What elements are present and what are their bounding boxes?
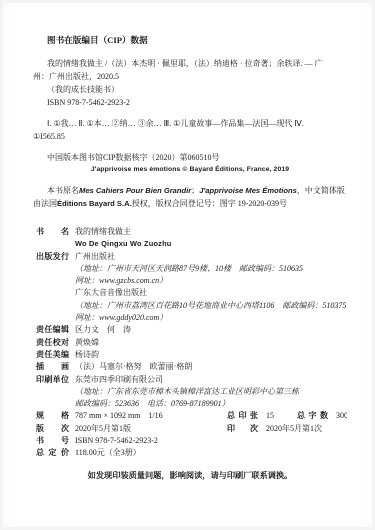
book-title-cn: 我的情绪我做主 bbox=[75, 226, 347, 238]
cip-description-line1: 我的情绪我做主 /（法）本杰明 · 佩里耶，（法）纳迪格 · 拉奇著；余轶译. … bbox=[33, 57, 347, 70]
total-sheets-value: 15 bbox=[266, 410, 297, 422]
printing-value: 2020年5月第1次 bbox=[266, 423, 322, 435]
cip-header: 图书在版编目（CIP）数据 bbox=[33, 34, 347, 47]
license-line1: 本书原名Mes Cahiers Pour Bien Grandir；J'appr… bbox=[33, 184, 347, 197]
editor-label: 责任编辑 bbox=[36, 324, 69, 336]
row-illustrator: 插 画 （法）马塞尔·格努 欧蕾丽·格朗 bbox=[33, 361, 347, 373]
row-art-editor: 责任美编 杨诗韵 bbox=[33, 349, 347, 361]
total-words-label: 总 字 数 bbox=[297, 410, 328, 422]
row-printer: 印刷单位 东莞市四季印刷有限公司 （地址：广东省东莞市樟木头镇樟洋富达工业区明彩… bbox=[33, 374, 347, 411]
edition-value: 2020年5月第1版 bbox=[75, 423, 227, 435]
illustrator-names: （法）马塞尔·格努 欧蕾丽·格朗 bbox=[75, 361, 347, 373]
classification-line2: ①I565.85 bbox=[33, 130, 347, 143]
printer-contact: 邮政编码：523636 电话：0769-87189901） bbox=[75, 398, 347, 410]
row-book-title: 书 名 我的情绪我做主 Wo De Qingxu Wo Zuozhu bbox=[33, 226, 347, 251]
printer-label: 印刷单位 bbox=[36, 374, 69, 411]
license-line2: 由法国Éditions Bayard S.A.授权，版权合同登记号：图字 19-… bbox=[33, 197, 347, 210]
isbn-line: ISBN 978-7-5462-2923-2 bbox=[33, 96, 347, 109]
row-edition: 版 次 2020年5月第1版 印 次 2020年5月第1次 bbox=[33, 423, 347, 435]
publisher-address-1: （地址：广州市天河区天润路87号9楼、10楼 邮政编码：510635 bbox=[75, 263, 347, 275]
printer-name: 东莞市四季印刷有限公司 bbox=[75, 374, 347, 386]
license-prefix: 本书原名 bbox=[47, 186, 79, 195]
illustrator-label: 插 画 bbox=[36, 361, 69, 373]
license-line2-suffix: 授权，版权合同登记号：图字 19-2020-039号 bbox=[132, 199, 287, 208]
publisher-label: 出版发行 bbox=[36, 251, 69, 325]
cip-description-line2: 州：广州出版社，2020.5 bbox=[33, 70, 347, 83]
quality-notice: 如发现印装质量问题，影响阅读，请与印刷厂联系调换。 bbox=[33, 469, 347, 482]
row-proofreader: 责任校对 黄焕嫦 bbox=[33, 337, 347, 349]
proofreader-label: 责任校对 bbox=[36, 337, 69, 349]
cip-data-block: 图书在版编目（CIP）数据 我的情绪我做主 /（法）本杰明 · 佩里耶，（法）纳… bbox=[33, 34, 347, 210]
printer-address: （地址：广东省东莞市樟木头镇樟洋富达工业区明彩中心第三栋 bbox=[75, 386, 347, 398]
row-format: 规 格 787 mm × 1092 mm 1/16 总 印 张 15 总 字 数… bbox=[33, 410, 347, 422]
license-line2-prefix: 由法国 bbox=[33, 199, 57, 208]
total-sheets-label: 总 印 张 bbox=[227, 410, 258, 422]
book-copyright-page: 图书在版编目（CIP）数据 我的情绪我做主 /（法）本杰明 · 佩里耶，（法）纳… bbox=[0, 0, 375, 530]
format-label: 规 格 bbox=[36, 410, 69, 422]
original-publisher: Éditions Bayard S.A. bbox=[57, 199, 132, 208]
publisher-address-2: （地址：广州市荔湾区百花路10号花地商业中心西塔1106 邮政编码：510375 bbox=[75, 300, 347, 312]
row-book-number: 书 号 ISBN 978-7-5462-2923-2 bbox=[33, 435, 347, 447]
row-publisher: 出版发行 广州出版社 （地址：广州市天河区天润路87号9楼、10楼 邮政编码：5… bbox=[33, 251, 347, 325]
row-editor: 责任编辑 区力文 何 涛 bbox=[33, 324, 347, 336]
cip-classification: Ⅰ. ①我… Ⅱ. ①本… ②纳… ③余… Ⅲ. ①儿童故事—作品集—法国—现代… bbox=[33, 117, 347, 143]
proofreader-name: 黄焕嫦 bbox=[75, 337, 347, 349]
editor-names: 区力文 何 涛 bbox=[75, 324, 347, 336]
publication-info-block: 书 名 我的情绪我做主 Wo De Qingxu Wo Zuozhu 出版发行 … bbox=[33, 226, 347, 460]
book-title-pinyin: Wo De Qingxu Wo Zuozhu bbox=[75, 238, 347, 250]
license-statement: 本书原名Mes Cahiers Pour Bien Grandir；J'appr… bbox=[33, 184, 347, 210]
publisher-name-1: 广州出版社 bbox=[75, 251, 347, 263]
total-words-value: 300千 bbox=[336, 410, 347, 422]
publisher-website-2: 网址：www.gddy020.com） bbox=[75, 312, 347, 324]
cip-record-number: 中国版本图书馆CIP数据核字（2020）第060510号 bbox=[33, 151, 347, 164]
cip-description: 我的情绪我做主 /（法）本杰明 · 佩里耶，（法）纳迪格 · 拉奇著；余轶译. … bbox=[33, 57, 347, 109]
publisher-website-1: 网址：www.gzcbs.com.cn） bbox=[75, 275, 347, 287]
art-editor-name: 杨诗韵 bbox=[75, 349, 347, 361]
page-content: 图书在版编目（CIP）数据 我的情绪我做主 /（法）本杰明 · 佩里耶，（法）纳… bbox=[0, 0, 375, 482]
edition-label: 版 次 bbox=[36, 423, 69, 435]
book-number-value: ISBN 978-7-5462-2923-2 bbox=[75, 435, 347, 447]
book-title-label: 书 名 bbox=[36, 226, 69, 251]
row-price: 总 定 价 118.00元（全3册） bbox=[33, 447, 347, 459]
book-number-label: 书 号 bbox=[36, 435, 69, 447]
price-value: 118.00元（全3册） bbox=[75, 447, 347, 459]
price-label: 总 定 价 bbox=[36, 447, 69, 459]
series-note: （我的成长技能书） bbox=[33, 83, 347, 96]
original-title-1: Mes Cahiers Pour Bien Grandir bbox=[79, 186, 191, 195]
publisher-name-2: 广东大音音像出版社 bbox=[75, 287, 347, 299]
copyright-notice: J'apprivoise mes émotions © Bayard Éditi… bbox=[33, 164, 347, 176]
license-suffix: ，中文简体版 bbox=[297, 186, 345, 195]
format-value: 787 mm × 1092 mm 1/16 bbox=[75, 410, 227, 422]
art-editor-label: 责任美编 bbox=[36, 349, 69, 361]
printing-label: 印 次 bbox=[227, 423, 258, 435]
original-title-2: J'apprivoise Mes Émotions bbox=[199, 186, 297, 195]
classification-line1: Ⅰ. ①我… Ⅱ. ①本… ②纳… ③余… Ⅲ. ①儿童故事—作品集—法国—现代… bbox=[33, 117, 347, 130]
